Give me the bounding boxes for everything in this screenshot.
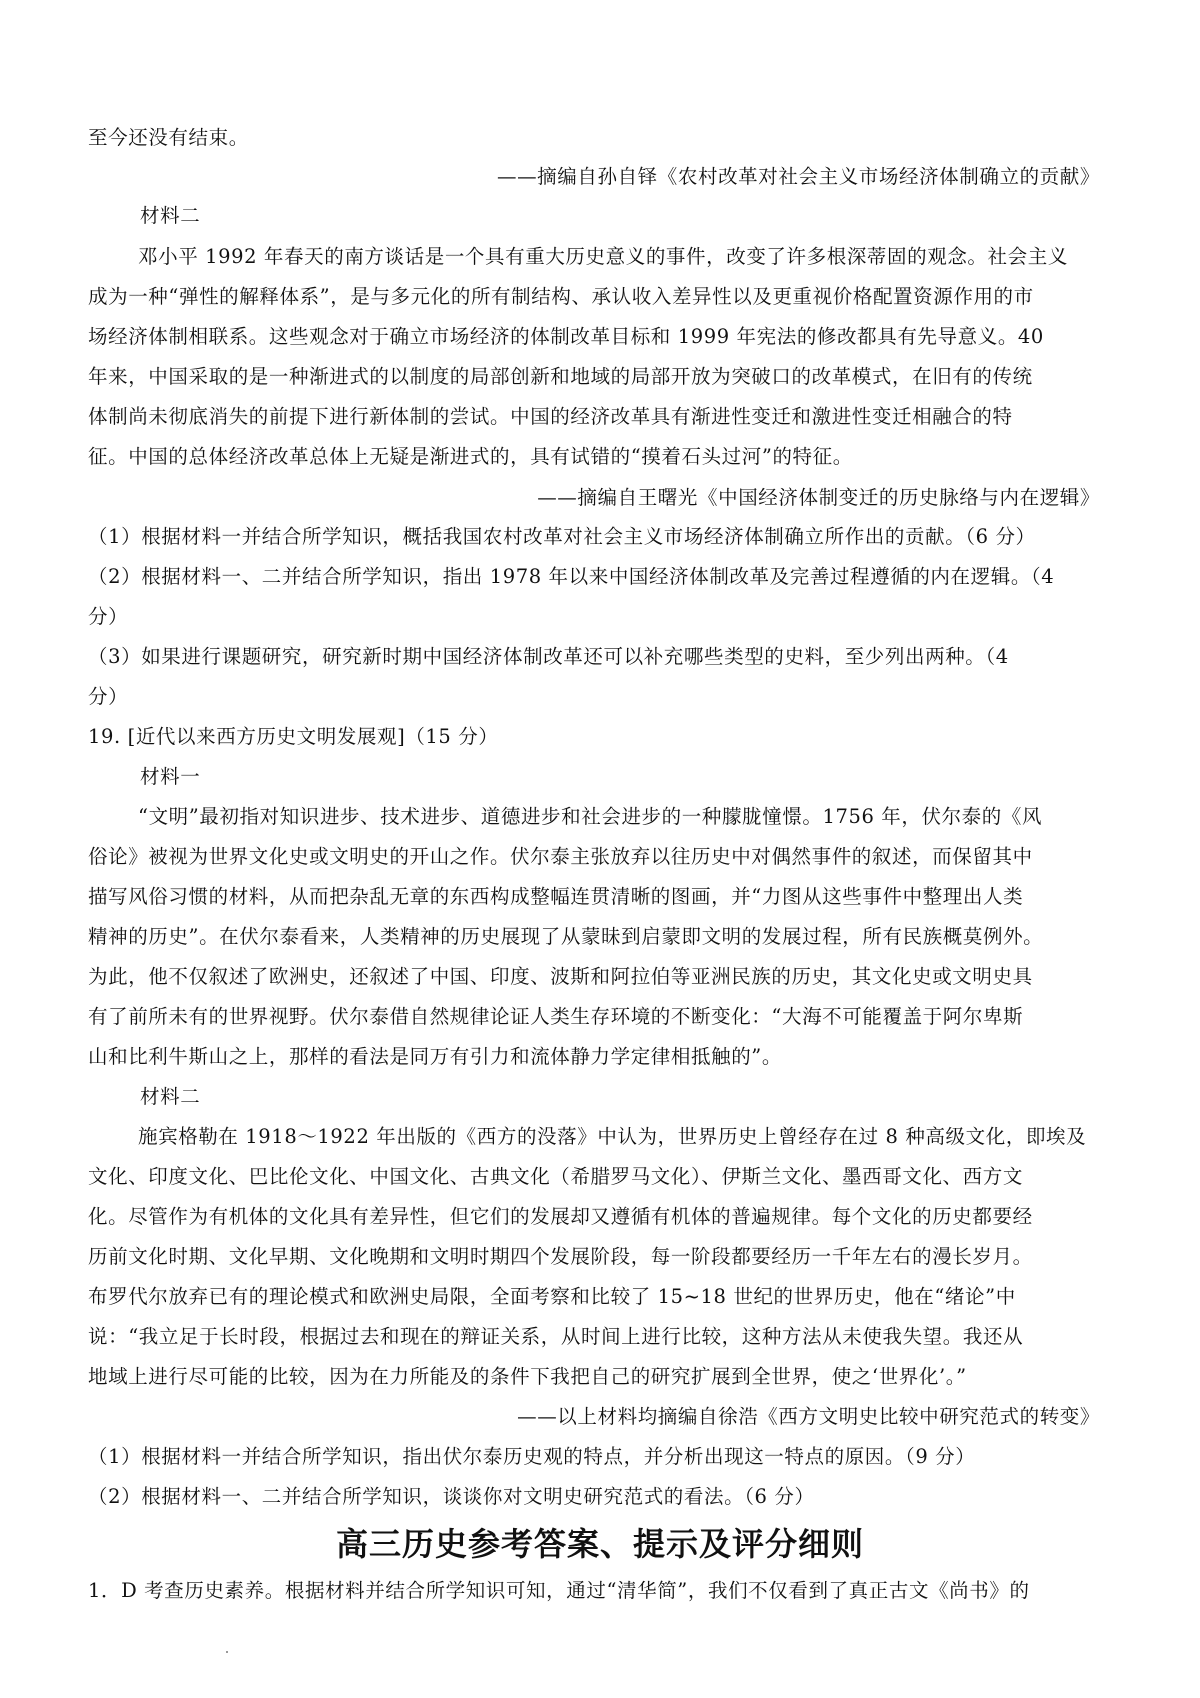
paragraph-line: 场经济体制相联系。这些观念对于确立市场经济的体制改革目标和 1999 年宪法的修… [88,323,1118,351]
paragraph-line: 布罗代尔放弃已有的理论模式和欧洲史局限，全面考察和比较了 15~18 世纪的世界… [88,1283,1118,1311]
question-3-wrap: 分） [88,683,1118,711]
paragraph-line: 施宾格勒在 1918～1922 年出版的《西方的没落》中认为，世界历史上曾经存在… [138,1123,1168,1151]
paragraph-line: 征。中国的总体经济改革总体上无疑是渐进式的，具有试错的“摸着石头过河”的特征。 [88,443,1118,471]
question-2-wrap: 分） [88,603,1118,631]
question-1: （1）根据材料一并结合所学知识，概括我国农村改革对社会主义市场经济体制确立所作出… [88,523,1118,551]
question-3: （3）如果进行课题研究，研究新时期中国经济体制改革还可以补充哪些类型的史料，至少… [88,643,1118,671]
material1-source-citation: ——摘编自孙自铎《农村改革对社会主义市场经济体制确立的贡献》 [497,163,1100,191]
paragraph-line: “文明”最初指对知识进步、技术进步、道德进步和社会进步的一种朦胧憧憬。1756 … [138,803,1168,831]
material2-source-citation: ——摘编自王曙光《中国经济体制变迁的历史脉络与内在逻辑》 [537,484,1100,512]
paragraph-line: 描写风俗习惯的材料，从而把杂乱无章的东西构成整幅连贯清晰的图画，并“力图从这些事… [88,883,1118,911]
paragraph-line: 地域上进行尽可能的比较，因为在力所能及的条件下我把自己的研究扩展到全世界，使之‘… [88,1363,1118,1391]
material2-label: 材料二 [140,1083,1170,1111]
paragraph-line: 年来，中国采取的是一种渐进式的以制度的局部创新和地域的局部开放为突破口的改革模式… [88,363,1118,391]
paragraph-line: 历前文化时期、文化早期、文化晚期和文明时期四个发展阶段，每一阶段都要经历一千年左… [88,1243,1118,1271]
paragraph-line: 成为一种“弹性的解释体系”，是与多元化的所有制结构、承认收入差异性以及更重视价格… [88,283,1118,311]
question-2: （2）根据材料一、二并结合所学知识，指出 1978 年以来中国经济体制改革及完善… [88,563,1118,591]
answer-line-1: 1．D 考查历史素养。根据材料并结合所学知识可知，通过“清华简”，我们不仅看到了… [88,1577,1118,1605]
paragraph-line: 精神的历史”。在伏尔泰看来，人类精神的历史展现了从蒙昧到启蒙即文明的发展过程，所… [88,923,1118,951]
paragraph-line: 邓小平 1992 年春天的南方谈话是一个具有重大历史意义的事件，改变了许多根深蒂… [138,243,1168,271]
scan-artifact-dot [226,1651,228,1653]
material1-label: 材料一 [140,763,1170,791]
material1-last-line: 至今还没有结束。 [88,124,1118,152]
paragraph-line: 体制尚未彻底消失的前提下进行新体制的尝试。中国的经济改革具有渐进性变迁和激进性变… [88,403,1118,431]
paragraph-line: 俗论》被视为世界文化史或文明史的开山之作。伏尔泰主张放弃以往历史中对偶然事件的叙… [88,843,1118,871]
question-2: （2）根据材料一、二并结合所学知识，谈谈你对文明史研究范式的看法。（6 分） [88,1483,1118,1511]
answer-section-heading: 高三历史参考答案、提示及评分细则 [0,1522,1200,1566]
paragraph-line: 说：“我立足于长时段，根据过去和现在的辩证关系，从时间上进行比较，这种方法从未使… [88,1323,1118,1351]
material2-label: 材料二 [140,202,1170,230]
paragraph-line: 为此，他不仅叙述了欧洲史，还叙述了中国、印度、波斯和阿拉伯等亚洲民族的历史，其文… [88,963,1118,991]
source-citation: ——以上材料均摘编自徐浩《西方文明史比较中研究范式的转变》 [517,1403,1100,1431]
paragraph-line: 文化、印度文化、巴比伦文化、中国文化、古典文化（希腊罗马文化）、伊斯兰文化、墨西… [88,1163,1118,1191]
question-1: （1）根据材料一并结合所学知识，指出伏尔泰历史观的特点，并分析出现这一特点的原因… [88,1443,1118,1471]
document-page: 至今还没有结束。 ——摘编自孙自铎《农村改革对社会主义市场经济体制确立的贡献》 … [0,0,1200,1698]
paragraph-line: 山和比利牛斯山之上，那样的看法是同万有引力和流体静力学定律相抵触的”。 [88,1043,1118,1071]
paragraph-line: 有了前所未有的世界视野。伏尔泰借自然规律论证人类生存环境的不断变化：“大海不可能… [88,1003,1118,1031]
paragraph-line: 化。尽管作为有机体的文化具有差异性，但它们的发展却又遵循有机体的普遍规律。每个文… [88,1203,1118,1231]
section-19-title: 19. [近代以来西方历史文明发展观]（15 分） [88,723,1118,751]
